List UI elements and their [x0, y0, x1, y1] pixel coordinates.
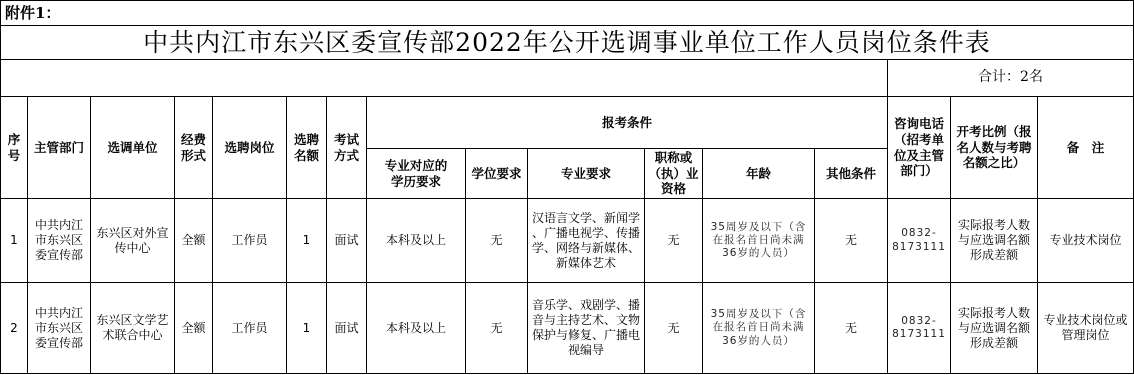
cell-ratio: 实际报考人数 与应选调名额 形成差额: [950, 282, 1038, 374]
page-title: 中共内江市东兴区委宣传部2022年公开选调事业单位工作人员岗位条件表: [0, 25, 1134, 60]
cell-unit: 东兴区对外宣 传中心: [90, 198, 175, 283]
cell-unit: 东兴区文学艺 术联合中心: [90, 282, 175, 374]
cell-funding: 全额: [174, 282, 213, 374]
cell-major: 汉语言文学、新闻学 、广播电视学、传播 学、网络与新媒体、 新媒体艺术: [527, 198, 645, 283]
cell-position: 工作员: [212, 198, 287, 283]
header-unit: 选调单位: [90, 96, 175, 199]
cell-dept: 中共内江 市东兴区 委宣传部: [27, 282, 91, 374]
cell-title-qualification: 无: [644, 282, 703, 374]
cell-education: 本科及以上: [366, 282, 466, 374]
header-major: 专业要求: [527, 148, 645, 199]
header-dept: 主管部门: [27, 96, 91, 199]
cell-seq: 2: [0, 282, 28, 374]
header-age: 年龄: [702, 148, 815, 199]
cell-phone: 0832- 8173111: [887, 198, 951, 283]
cell-dept: 中共内江 市东兴区 委宣传部: [27, 198, 91, 283]
header-conditions-group: 报考条件: [366, 96, 888, 149]
header-other: 其他条件: [814, 148, 888, 199]
cell-phone: 0832- 8173111: [887, 282, 951, 374]
header-education: 专业对应的 学历要求: [366, 148, 466, 199]
cell-remark: 专业技术岗位或 管理岗位: [1037, 282, 1134, 374]
position-conditions-sheet: 附件1： 中共内江市东兴区委宣传部2022年公开选调事业单位工作人员岗位条件表 …: [0, 0, 1134, 375]
cell-ratio: 实际报考人数 与应选调名额 形成差额: [950, 198, 1038, 283]
cell-quota: 1: [286, 282, 327, 374]
cell-exam: 面试: [326, 282, 367, 374]
cell-degree: 无: [465, 282, 528, 374]
header-title-qualification: 职称或 （执）业 资格: [644, 148, 703, 199]
total-count: 合计：2名: [887, 59, 1134, 97]
header-degree: 学位要求: [465, 148, 528, 199]
cell-other: 无: [814, 198, 888, 283]
cell-remark: 专业技术岗位: [1037, 198, 1134, 283]
cell-other: 无: [814, 282, 888, 374]
cell-age: 35周岁及以下（含 在报名首日尚未满 36岁的人员）: [702, 198, 815, 283]
cell-major: 音乐学、戏剧学、播 音与主持艺术、文物 保护与修复、广播电 视编导: [527, 282, 645, 374]
annex-label: 附件1：: [0, 0, 1134, 26]
header-ratio: 开考比例（报 名人数与考聘 名额之比）: [950, 96, 1038, 199]
header-quota: 选聘 名额: [286, 96, 327, 199]
cell-quota: 1: [286, 198, 327, 283]
header-remark: 备 注: [1037, 96, 1134, 199]
cell-degree: 无: [465, 198, 528, 283]
header-exam: 考试 方式: [326, 96, 367, 199]
cell-funding: 全额: [174, 198, 213, 283]
cell-age: 35周岁及以下（含 在报名首日尚未满 36岁的人员）: [702, 282, 815, 374]
header-funding: 经费 形式: [174, 96, 213, 199]
cell-seq: 1: [0, 198, 28, 283]
cell-title-qualification: 无: [644, 198, 703, 283]
blank-total-spacer: [0, 59, 888, 97]
cell-education: 本科及以上: [366, 198, 466, 283]
header-position: 选聘岗位: [212, 96, 287, 199]
cell-exam: 面试: [326, 198, 367, 283]
header-phone: 咨询电话 （招考单 位及主管 部门）: [887, 96, 951, 199]
cell-position: 工作员: [212, 282, 287, 374]
header-seq: 序 号: [0, 96, 28, 199]
